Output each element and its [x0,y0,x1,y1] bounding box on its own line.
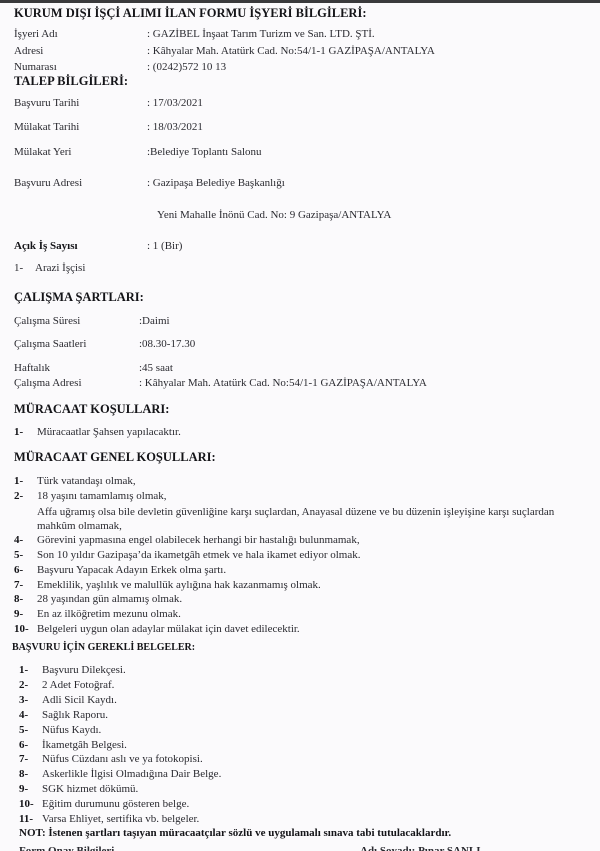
item-number: 2- [14,490,37,502]
general-condition-item: 6-Başvuru Yapacak Adayın Erkek olma şart… [14,564,226,576]
employer-phone-value: : (0242)572 10 13 [147,61,226,73]
item-number: 7- [14,579,37,591]
employer-phone-label: Numarası [14,61,57,73]
item-text: Varsa Ehliyet, sertifika vb. belgeler. [42,813,199,825]
application-date-value: : 17/03/2021 [147,97,203,109]
general-condition-item: 5-Son 10 yıldır Gazipaşa’da ikametgâh et… [14,549,360,561]
general-condition-item: 1-Türk vatandaşı olmak, [14,475,136,487]
item-text: Görevini yapmasına engel olabilecek herh… [37,534,360,546]
item-text: Nüfus Kaydı. [42,724,101,736]
work-hours-label: Çalışma Saatleri [14,338,86,350]
work-duration-label: Çalışma Süresi [14,315,80,327]
weekly-hours-label: Haftalık [14,362,50,374]
general-condition-item: 9-En az ilköğretim mezunu olmak. [14,608,181,620]
work-hours-value: :08.30-17.30 [139,338,195,350]
open-positions-value: : 1 (Bir) [147,240,182,252]
item-number: 10- [14,623,37,635]
required-document-item: 10-Eğitim durumunu gösteren belge. [19,798,189,810]
item-number: 5- [19,724,42,736]
item-text: SGK hizmet dökümü. [42,783,138,795]
item-text: Eğitim durumunu gösteren belge. [42,798,189,810]
item-text: Son 10 yıldır Gazipaşa’da ikametgâh etme… [37,549,360,561]
work-address-label: Çalışma Adresi [14,377,82,389]
working-conditions-heading: ÇALIŞMA ŞARTLARI: [14,290,144,305]
form-title: KURUM DIŞI İŞÇİ ALIMI İLAN FORMU İŞYERİ … [14,6,367,21]
item-text: 18 yaşını tamamlamış olmak, [37,490,167,502]
item-number: 5- [14,549,37,561]
footer-left-clipped: Form Onay Bilgileri [19,845,114,851]
general-condition-item: 8-28 yaşından gün almamış olmak. [14,593,182,605]
application-address-label: Başvuru Adresi [14,177,82,189]
item-number: 9- [19,783,42,795]
item-text: 2 Adet Fotoğraf. [42,679,114,691]
general-conditions-heading: MÜRACAAT GENEL KOŞULLARI: [14,450,216,465]
required-document-item: 4-Sağlık Raporu. [19,709,108,721]
required-document-item: 2-2 Adet Fotoğraf. [19,679,114,691]
position-item: 1-Arazi İşçisi [14,262,85,274]
interview-place-label: Mülakat Yeri [14,146,71,158]
item-text: Türk vatandaşı olmak, [37,475,136,487]
required-document-item: 11-Varsa Ehliyet, sertifika vb. belgeler… [19,813,199,825]
position-number: 1- [14,262,35,274]
general-condition-item: 10-Belgeleri uygun olan adaylar mülakat … [14,623,300,635]
item-text: Adli Sicil Kaydı. [42,694,117,706]
item-text: Başvuru Yapacak Adayın Erkek olma şartı. [37,564,226,576]
work-address-value: : Kâhyalar Mah. Atatürk Cad. No:54/1-1 G… [139,377,427,389]
item-text: Belgeleri uygun olan adaylar mülakat içi… [37,623,300,635]
window-top-edge [0,0,600,3]
general-condition-item: 2-18 yaşını tamamlamış olmak, [14,490,167,502]
open-positions-label: Açık İş Sayısı [14,240,78,252]
required-document-item: 3-Adli Sicil Kaydı. [19,694,117,706]
general-condition-item: 4-Görevini yapmasına engel olabilecek he… [14,534,360,546]
item-number: 4- [19,709,42,721]
item-number: 1- [14,426,37,438]
item-number: 11- [19,813,42,825]
item-number: 7- [19,753,42,765]
employer-name-value: : GAZİBEL İnşaat Tarım Turizm ve San. LT… [147,28,375,40]
item-text: Askerlikle İlgisi Olmadığına Dair Belge. [42,768,221,780]
application-address-line2: Yeni Mahalle İnönü Cad. No: 9 Gazipaşa/A… [157,209,391,221]
item-number: 6- [14,564,37,576]
required-document-item: 6-İkametgâh Belgesi. [19,739,127,751]
item-number: 3- [14,505,37,519]
item-number: 3- [19,694,42,706]
application-condition-item: 1-Müracaatlar Şahsen yapılacaktır. [14,426,181,438]
work-duration-value: :Daimi [139,315,170,327]
required-documents-heading: BAŞVURU İÇİN GEREKLİ BELGELER: [12,642,195,653]
employer-address-label: Adresi [14,45,43,57]
note-text: NOT: İstenen şartları taşıyan müracaatçı… [19,827,451,839]
required-document-item: 1-Başvuru Dilekçesi. [19,664,126,676]
item-text: 28 yaşından gün almamış olmak. [37,593,182,605]
item-text: Affa uğramış olsa bile devletin güvenliğ… [37,506,554,532]
item-number: 6- [19,739,42,751]
item-text: Emeklilik, yaşlılık ve malullük aylığına… [37,579,321,591]
application-conditions-heading: MÜRACAAT KOŞULLARI: [14,402,169,417]
interview-date-value: : 18/03/2021 [147,121,203,133]
request-heading: TALEP BİLGİLERİ: [14,74,128,89]
employer-address-value: : Kâhyalar Mah. Atatürk Cad. No:54/1-1 G… [147,45,435,57]
item-number: 4- [14,534,37,546]
required-document-item: 8-Askerlikle İlgisi Olmadığına Dair Belg… [19,768,221,780]
employer-name-label: İşyeri Adı [14,28,58,40]
weekly-hours-value: :45 saat [139,362,173,374]
item-number: 9- [14,608,37,620]
item-number: 8- [14,593,37,605]
required-document-item: 5-Nüfus Kaydı. [19,724,101,736]
application-address-value: : Gazipaşa Belediye Başkanlığı [147,177,285,189]
interview-place-value: :Belediye Toplantı Salonu [147,146,262,158]
item-text: Sağlık Raporu. [42,709,108,721]
item-text: Müracaatlar Şahsen yapılacaktır. [37,426,181,438]
general-condition-item: 3-Affa uğramış olsa bile devletin güvenl… [14,505,574,533]
item-text: Başvuru Dilekçesi. [42,664,126,676]
general-condition-item: 7-Emeklilik, yaşlılık ve malullük aylığı… [14,579,321,591]
item-number: 2- [19,679,42,691]
item-number: 1- [19,664,42,676]
item-text: Nüfus Cüzdanı aslı ve ya fotokopisi. [42,753,203,765]
item-text: En az ilköğretim mezunu olmak. [37,608,181,620]
required-document-item: 9-SGK hizmet dökümü. [19,783,138,795]
item-number: 1- [14,475,37,487]
required-document-item: 7-Nüfus Cüzdanı aslı ve ya fotokopisi. [19,753,203,765]
application-date-label: Başvuru Tarihi [14,97,79,109]
item-text: İkametgâh Belgesi. [42,739,127,751]
position-text: Arazi İşçisi [35,262,85,274]
item-number: 10- [19,798,42,810]
item-number: 8- [19,768,42,780]
footer-right-clipped: Adı Soyadı: Pınar ŞANLI [360,845,481,851]
interview-date-label: Mülakat Tarihi [14,121,79,133]
